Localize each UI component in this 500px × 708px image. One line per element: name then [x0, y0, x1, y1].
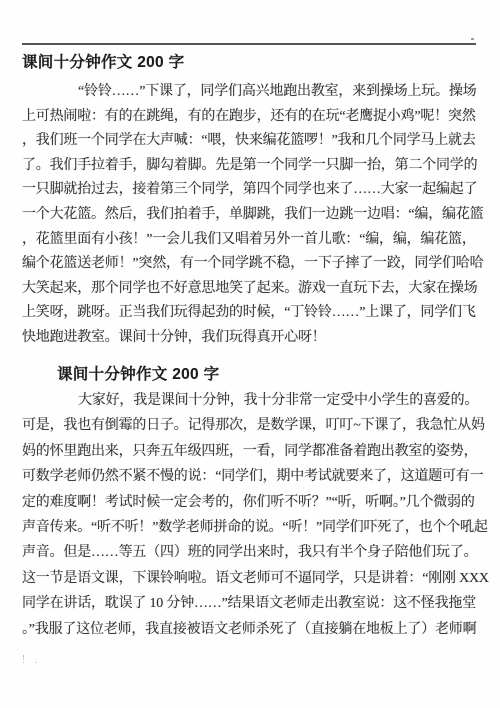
text-line: ，花篮里面有小孩！”一会儿我们又唱着另外一首儿歌：“编，编，编花篮， — [22, 228, 487, 253]
scan-artifact-marks: ！. — [21, 651, 42, 666]
text-line: 了。我们手拉着手，脚勾着脚。先是第一个同学一只脚一抬，第二个同学的 — [22, 154, 487, 179]
essay1-title: 课间十分钟作文 200 字 — [22, 53, 184, 73]
text-line: 妈的怀里跑出来，只奔五年级四班，一看，同学都准备着跑出教室的姿势， — [22, 439, 487, 464]
text-line: 定的难度啊！考试时候一定会考的，你们听不听？”“听，听啊。”几个微弱的 — [22, 490, 487, 515]
text-line: “铃铃……”下课了，同学们高兴地跑出教室，来到操场上玩。操场 — [22, 80, 487, 105]
text-line: 快地跑进教室。课间十分钟，我们玩得真开心呀！ — [22, 326, 487, 351]
text-line: 声音。但是……等五（四）班的同学出来时，我只有半个身子陪他们玩了。 — [22, 540, 487, 565]
text-line: 大笑起来，那个同学也不好意思地笑了起来。游戏一直玩下去，大家在操场 — [22, 277, 487, 302]
document-page: 课间十分钟作文 200 字 “铃铃……”下课了，同学们高兴地跑出教室，来到操场上… — [0, 0, 500, 708]
text-line: 同学在讲话，耽误了 10 分钟……”结果语文老师走出教室说：这不怪我拖堂 — [22, 591, 487, 616]
text-line: 。”我服了这位老师，我直接被语文老师杀死了（直接躺在地板上了）老师啊 — [22, 617, 487, 642]
text-line: 一只脚就抬过去，接着第三个同学，第四个同学也来了……大家一起编起了 — [22, 178, 487, 203]
text-line: 编个花篮送老师！”突然，有一个同学跳不稳，一下子摔了一跤，同学们哈哈 — [22, 252, 487, 277]
text-line: 上可热闹啦：有的在跳绳，有的在跑步，还有的在玩“老鹰捉小鸡”呢！突然 — [22, 105, 487, 130]
essay2-body: 大家好，我是课间十分钟，我十分非常一定受中小学生的喜爱的。可是，我也有倒霉的日子… — [22, 388, 487, 642]
text-line: 一个大花篮。然后，我们拍着手，单脚跳，我们一边跳一边唱：“编，编花篮 — [22, 203, 487, 228]
text-line: 可数学老师仍然不紧不慢的说：“同学们，期中考试就要来了，这道题可有一 — [22, 464, 487, 489]
text-line: 上笑呀，跳呀。正当我们玩得起劲的时候，“丁铃铃……”上课了，同学们飞 — [22, 301, 487, 326]
scan-artifact-dot — [471, 38, 474, 40]
divider-line — [22, 43, 476, 45]
text-line: 大家好，我是课间十分钟，我十分非常一定受中小学生的喜爱的。 — [22, 388, 487, 413]
text-line: 这一节是语文课，下课铃响啦。语文老师可不逼同学，只是讲着：“刚刚 XXX — [22, 566, 487, 591]
text-line: 声音传来。“听不听！”数学老师拼命的说。“听！”同学们吓死了，也个个吼起 — [22, 515, 487, 540]
text-line: 可是，我也有倒霉的日子。记得那次，是数学课，叮叮~下课了，我急忙从妈 — [22, 413, 487, 438]
essay2-title: 课间十分钟作文 200 字 — [57, 365, 219, 385]
text-line: ，我们班一个同学在大声喊：“喂，快来编花篮啰！”我和几个同学马上就去 — [22, 129, 487, 154]
essay1-body: “铃铃……”下课了，同学们高兴地跑出教室，来到操场上玩。操场上可热闹啦：有的在跳… — [22, 80, 487, 351]
